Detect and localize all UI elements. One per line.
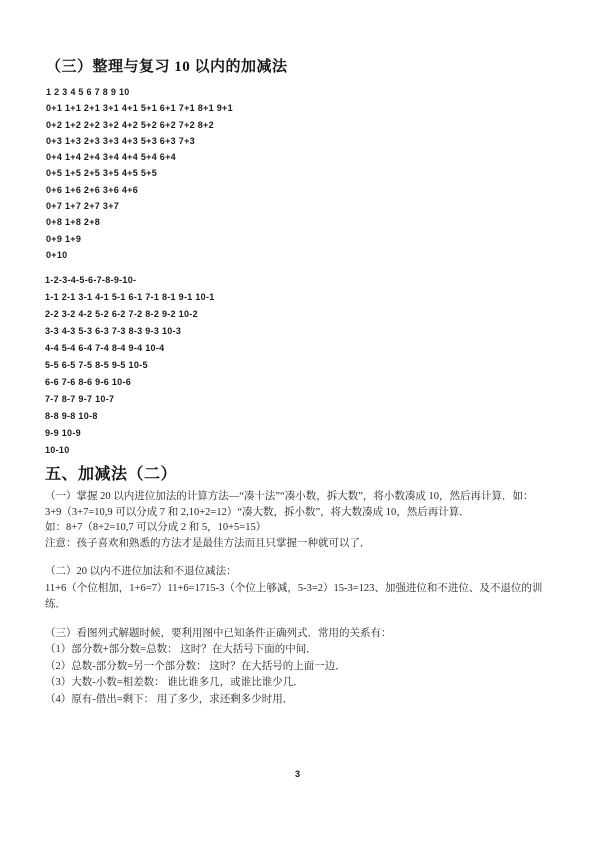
worksheet-line: 1-2-3-4-5-6-7-8-9-10- (45, 272, 215, 289)
worksheet-line: 10-10 (45, 442, 215, 459)
worksheet-line: （2）总数-部分数=另一个部分数： 这时？在大括号的上面一边． (45, 659, 392, 675)
worksheet-line: （3）大数-小数=相差数： 谁比谁多几，或谁比谁少几． (45, 675, 392, 691)
paragraph-diagram-relations: （三）看图列式解题时候，要利用图中已知条件正确列式．常用的关系有： （1）部分数… (45, 626, 392, 708)
worksheet-line: 0+5 1+5 2+5 3+5 4+5 5+5 (46, 165, 233, 181)
worksheet-line: 0+6 1+6 2+6 3+6 4+6 (46, 182, 233, 198)
worksheet-line: 1 2 3 4 5 6 7 8 9 10 (46, 84, 233, 100)
worksheet-line: 0+3 1+3 2+3 3+3 4+3 5+3 6+3 7+3 (46, 133, 233, 149)
worksheet-line: （4）原有-借出=剩下： 用了多少，求还剩多少时用． (45, 692, 392, 708)
worksheet-line: （三）看图列式解题时候，要利用图中已知条件正确列式．常用的关系有： (45, 626, 392, 642)
worksheet-line: （1）部分数+部分数=总数： 这时？在大括号下面的中间． (45, 642, 392, 658)
worksheet-line: 6-6 7-6 8-6 9-6 10-6 (45, 374, 215, 391)
worksheet-line: 0+1 1+1 2+1 3+1 4+1 5+1 6+1 7+1 8+1 9+1 (46, 100, 233, 116)
review-section-heading: （三）整理与复习 10 以内的加减法 (46, 55, 288, 76)
paragraph-carry-method: （一）掌握 20 以内进位加法的计算方法—“凑十法”“凑小数，拆大数”，将小数凑… (45, 489, 534, 551)
worksheet-line: 3-3 4-3 5-3 6-3 7-3 8-3 9-3 10-3 (45, 323, 215, 340)
worksheet-line: 0+4 1+4 2+4 3+4 4+4 5+4 6+4 (46, 149, 233, 165)
worksheet-line: （二）20 以内不进位加法和不退位减法： (45, 564, 542, 581)
worksheet-line: 9-9 10-9 (45, 425, 215, 442)
worksheet-line: 3+9（3+7=10,9 可以分成 7 和 2,10+2=12）“凑大数，拆小数… (45, 505, 534, 521)
five-section-heading: 五、加减法（二） (45, 461, 177, 484)
addition-facts-block: 1 2 3 4 5 6 7 8 9 10 0+1 1+1 2+1 3+1 4+1… (46, 84, 233, 263)
worksheet-line: 注意：孩子喜欢和熟悉的方法才是最佳方法而且只掌握一种就可以了． (45, 536, 534, 552)
worksheet-line: 练． (45, 597, 542, 614)
worksheet-line: 2-2 3-2 4-2 5-2 6-2 7-2 8-2 9-2 10-2 (45, 306, 215, 323)
worksheet-line: 0+7 1+7 2+7 3+7 (46, 198, 233, 214)
worksheet-line: 0+10 (46, 247, 233, 263)
worksheet-line: 0+8 1+8 2+8 (46, 214, 233, 230)
paragraph-no-carry: （二）20 以内不进位加法和不退位减法： 11+6（个位相加，1+6=7）11+… (45, 564, 542, 614)
document-page: （三）整理与复习 10 以内的加减法 1 2 3 4 5 6 7 8 9 10 … (0, 0, 595, 842)
worksheet-line: 11+6（个位相加，1+6=7）11+6=1715-3（个位上够减，5-3=2）… (45, 581, 542, 598)
worksheet-line: 8-8 9-8 10-8 (45, 408, 215, 425)
subtraction-facts-block: 1-2-3-4-5-6-7-8-9-10- 1-1 2-1 3-1 4-1 5-… (45, 272, 215, 459)
worksheet-line: 5-5 6-5 7-5 8-5 9-5 10-5 (45, 357, 215, 374)
worksheet-line: 0+2 1+2 2+2 3+2 4+2 5+2 6+2 7+2 8+2 (46, 117, 233, 133)
worksheet-line: （一）掌握 20 以内进位加法的计算方法—“凑十法”“凑小数，拆大数”，将小数凑… (45, 489, 534, 505)
worksheet-line: 0+9 1+9 (46, 231, 233, 247)
worksheet-line: 4-4 5-4 6-4 7-4 8-4 9-4 10-4 (45, 340, 215, 357)
page-number: 3 (0, 769, 595, 779)
worksheet-line: 1-1 2-1 3-1 4-1 5-1 6-1 7-1 8-1 9-1 10-1 (45, 289, 215, 306)
worksheet-line: 7-7 8-7 9-7 10-7 (45, 391, 215, 408)
worksheet-line: 如：8+7（8+2=10,7 可以分成 2 和 5，10+5=15） (45, 520, 534, 536)
